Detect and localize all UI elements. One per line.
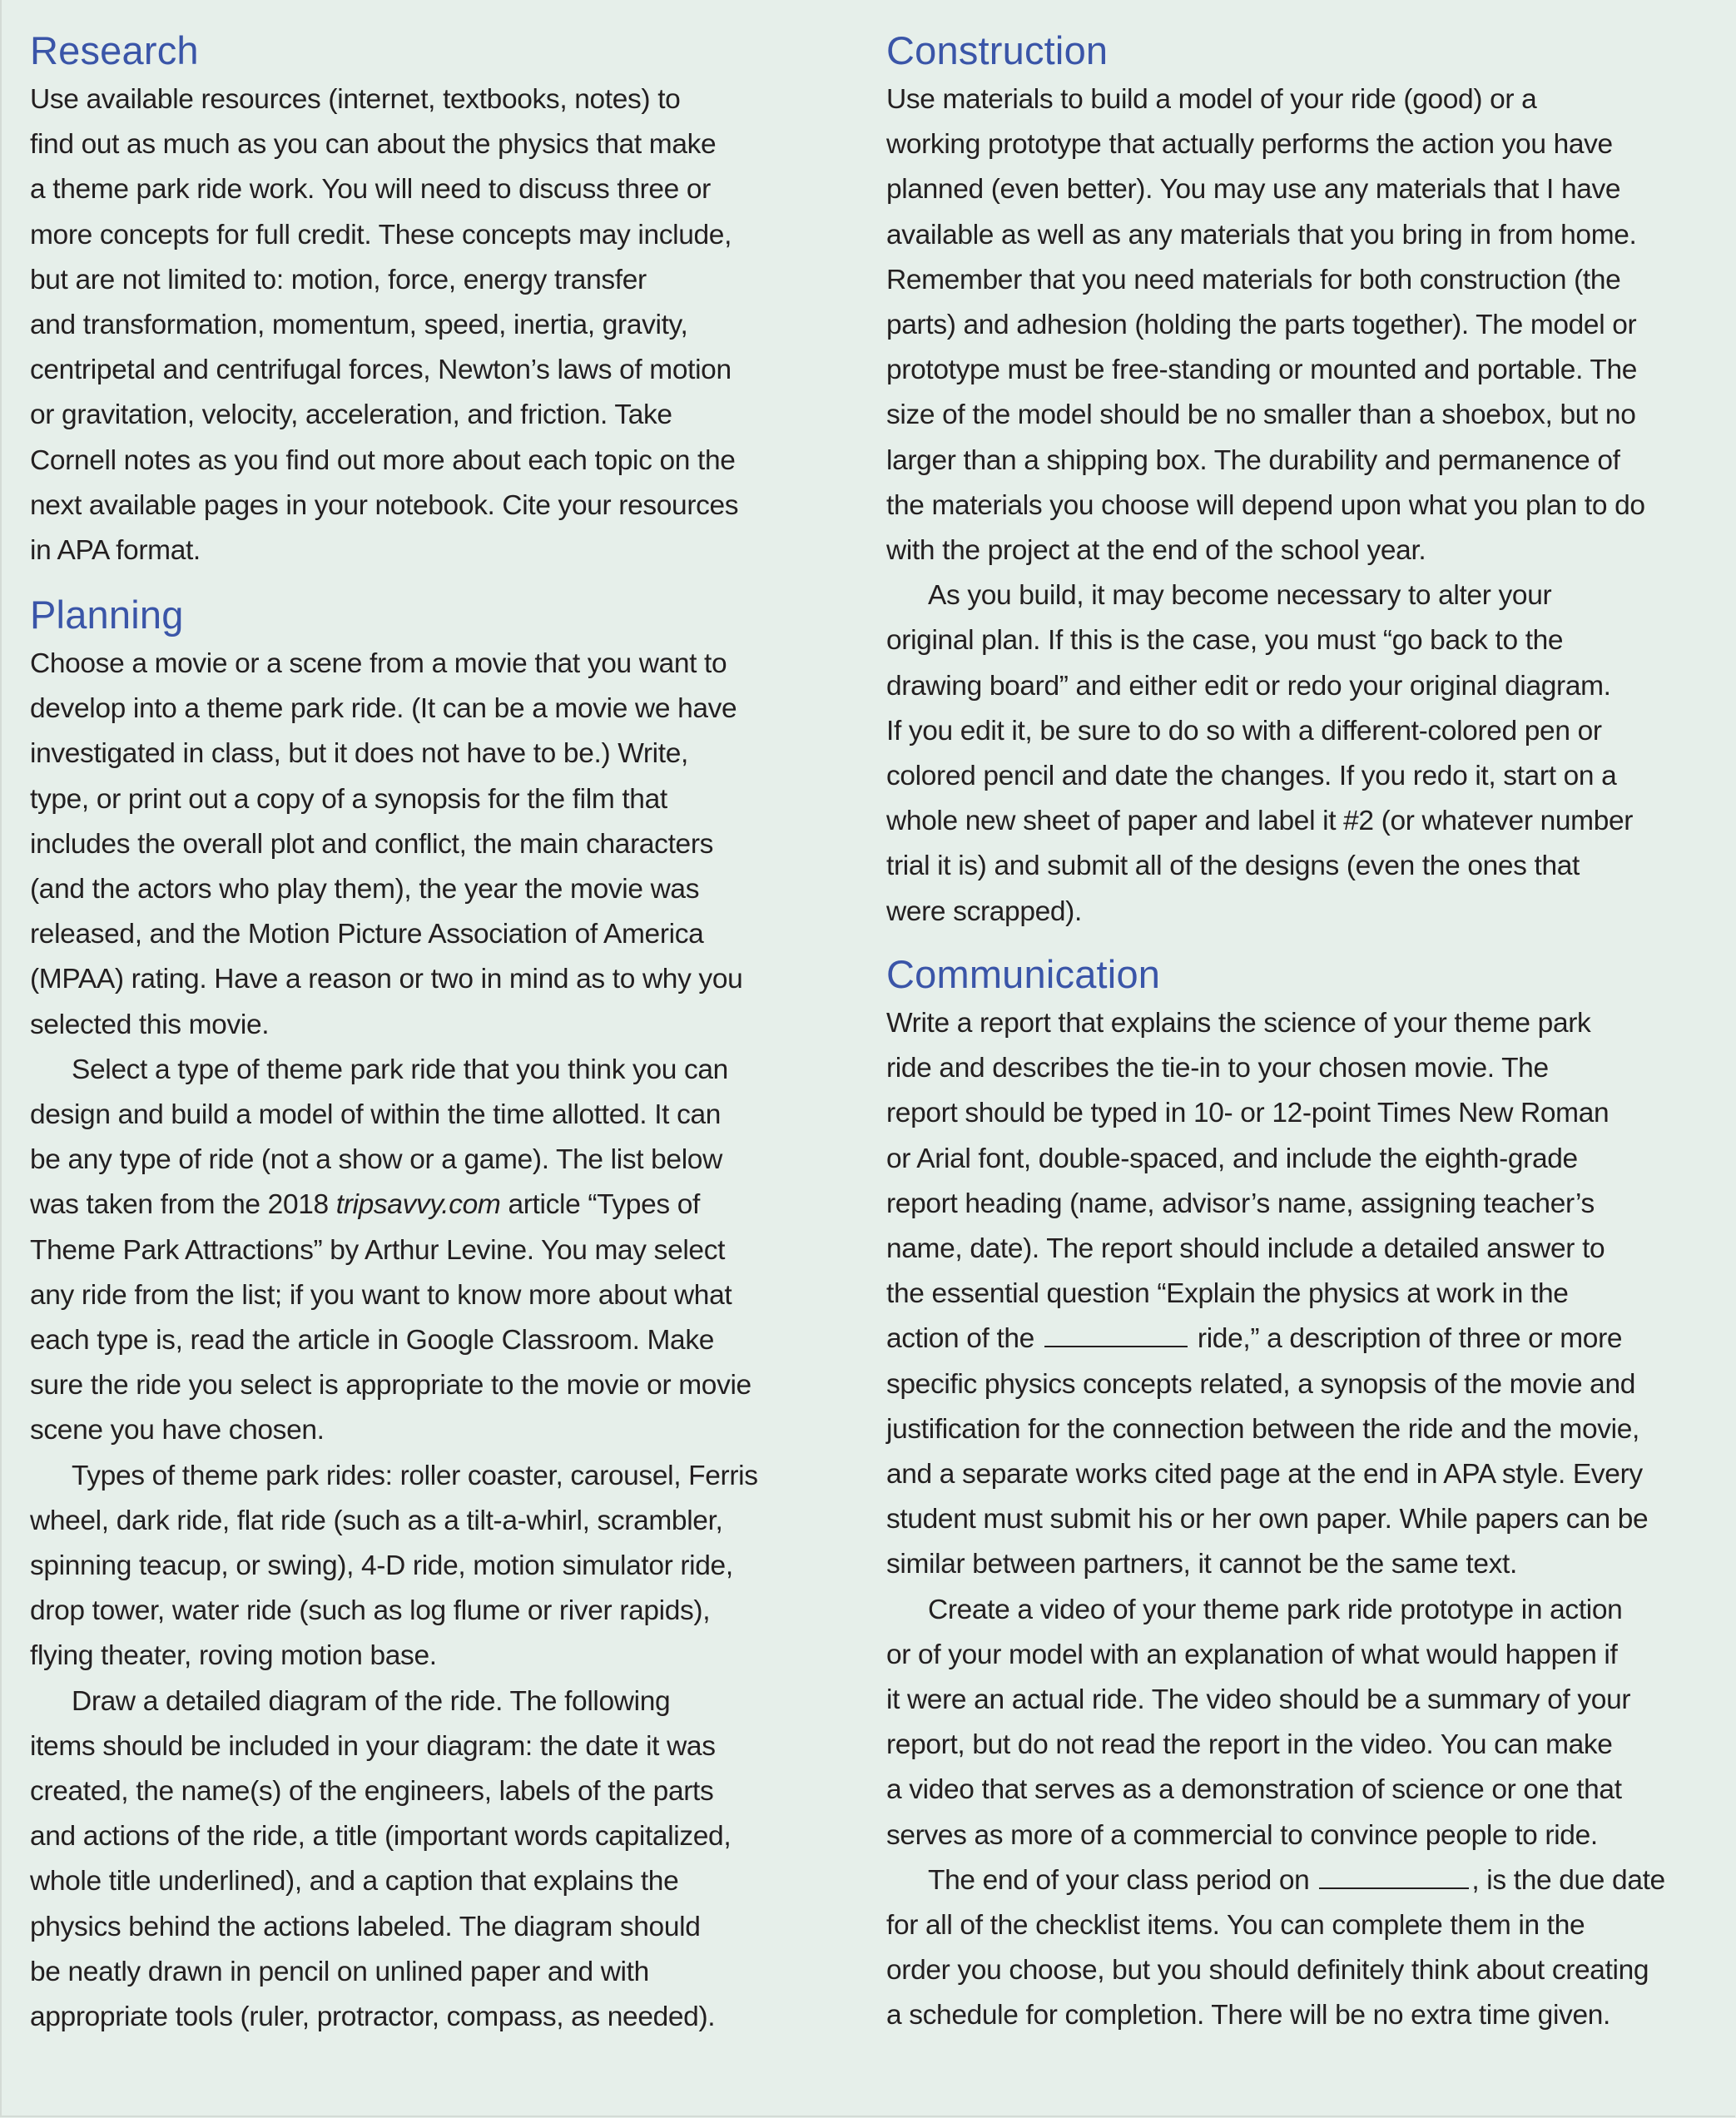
text-line: name, date). The report should include a… <box>886 1227 1605 1272</box>
text-line: prototype must be free-standing or mount… <box>886 348 1637 393</box>
text-line: drop tower, water ride (such as log flum… <box>30 1589 710 1634</box>
text-line: appropriate tools (ruler, protractor, co… <box>30 1995 715 2040</box>
text-line: whole title underlined), and a caption t… <box>30 1859 678 1904</box>
text-line: (MPAA) rating. Have a reason or two in m… <box>30 957 742 1002</box>
text-line: the essential question “Explain the phys… <box>886 1272 1569 1317</box>
text-line: or gravitation, velocity, acceleration, … <box>30 393 672 438</box>
text-line: develop into a theme park ride. (It can … <box>30 687 737 732</box>
communication-heading: Communication <box>886 950 1160 999</box>
text-line: student must submit his or her own paper… <box>886 1497 1648 1542</box>
text-fragment: ride,” a description of three or more <box>1190 1323 1622 1354</box>
text-line: selected this movie. <box>30 1003 269 1048</box>
text-line: serves as more of a commercial to convin… <box>886 1813 1598 1858</box>
research-heading: Research <box>30 27 199 75</box>
text-line: design and build a model of within the t… <box>30 1093 721 1138</box>
text-line: larger than a shipping box. The durabili… <box>886 439 1620 484</box>
text-line: created, the name(s) of the engineers, l… <box>30 1769 713 1814</box>
text-fragment: action of the <box>886 1323 1042 1354</box>
text-line: Write a report that explains the science… <box>886 1001 1590 1046</box>
ride-name-blank <box>1044 1322 1188 1347</box>
text-line: justification for the connection between… <box>886 1407 1639 1452</box>
text-line: a video that serves as a demonstration o… <box>886 1768 1622 1813</box>
text-line: type, or print out a copy of a synopsis … <box>30 777 667 822</box>
source-website: tripsavvy.com <box>336 1189 501 1220</box>
text-fragment: , is the due date <box>1471 1865 1664 1896</box>
text-line: Draw a detailed diagram of the ride. The… <box>72 1679 670 1724</box>
text-line: wheel, dark ride, flat ride (such as a t… <box>30 1499 723 1544</box>
text-line: If you edit it, be sure to do so with a … <box>886 709 1602 754</box>
due-date-blank <box>1319 1864 1469 1889</box>
text-line: and actions of the ride, a title (import… <box>30 1814 731 1859</box>
text-line: or Arial font, double-spaced, and includ… <box>886 1137 1578 1182</box>
text-line: similar between partners, it cannot be t… <box>886 1542 1517 1587</box>
text-line: spinning teacup, or swing), 4-D ride, mo… <box>30 1544 733 1589</box>
text-line: report should be typed in 10- or 12-poin… <box>886 1091 1609 1136</box>
text-line: each type is, read the article in Google… <box>30 1318 714 1363</box>
text-line: sure the ride you select is appropriate … <box>30 1363 751 1408</box>
text-line: physics behind the actions labeled. The … <box>30 1905 700 1950</box>
text-line: report heading (name, advisor’s name, as… <box>886 1182 1595 1227</box>
text-line: but are not limited to: motion, force, e… <box>30 258 647 303</box>
text-line: and a separate works cited page at the e… <box>886 1452 1643 1497</box>
construction-heading: Construction <box>886 27 1108 75</box>
text-line: Select a type of theme park ride that yo… <box>72 1048 728 1093</box>
text-line: planned (even better). You may use any m… <box>886 167 1620 212</box>
text-line: it were an actual ride. The video should… <box>886 1678 1630 1723</box>
text-line: any ride from the list; if you want to k… <box>30 1273 732 1318</box>
text-line: Cornell notes as you find out more about… <box>30 439 736 484</box>
text-line: working prototype that actually performs… <box>886 122 1613 167</box>
text-line: items should be included in your diagram… <box>30 1724 716 1769</box>
text-line: a schedule for completion. There will be… <box>886 1993 1610 2038</box>
text-line: report, but do not read the report in th… <box>886 1723 1613 1768</box>
text-line: (and the actors who play them), the year… <box>30 867 699 912</box>
text-line: with the project at the end of the schoo… <box>886 528 1426 573</box>
text-line: action of the ride,” a description of th… <box>886 1317 1622 1362</box>
text-line: be neatly drawn in pencil on unlined pap… <box>30 1950 649 1995</box>
text-line: whole new sheet of paper and label it #2… <box>886 799 1633 844</box>
text-line: and transformation, momentum, speed, ine… <box>30 303 687 348</box>
text-line: Theme Park Attractions” by Arthur Levine… <box>30 1228 725 1273</box>
text-line: As you build, it may become necessary to… <box>928 573 1551 618</box>
text-line: The end of your class period on , is the… <box>928 1858 1665 1903</box>
text-line: order you choose, but you should definit… <box>886 1948 1649 1993</box>
text-line: scene you have chosen. <box>30 1408 325 1453</box>
text-line: find out as much as you can about the ph… <box>30 122 716 167</box>
text-line: for all of the checklist items. You can … <box>886 1903 1585 1948</box>
text-line: colored pencil and date the changes. If … <box>886 754 1616 799</box>
text-line: was taken from the 2018 tripsavvy.com ar… <box>30 1183 700 1228</box>
text-line: trial it is) and submit all of the desig… <box>886 844 1580 889</box>
text-line: a theme park ride work. You will need to… <box>30 167 711 212</box>
text-fragment: was taken from the 2018 <box>30 1189 336 1220</box>
text-line: Choose a movie or a scene from a movie t… <box>30 642 727 687</box>
text-line: were scrapped). <box>886 890 1082 935</box>
text-line: be any type of ride (not a show or a gam… <box>30 1138 722 1183</box>
text-line: specific physics concepts related, a syn… <box>886 1362 1635 1407</box>
text-line: centripetal and centrifugal forces, Newt… <box>30 348 732 393</box>
text-line: the materials you choose will depend upo… <box>886 484 1645 528</box>
text-line: Create a video of your theme park ride p… <box>928 1588 1622 1633</box>
planning-heading: Planning <box>30 591 184 639</box>
text-line: drawing board” and either edit or redo y… <box>886 664 1611 709</box>
text-line: or of your model with an explanation of … <box>886 1633 1617 1678</box>
text-line: available as well as any materials that … <box>886 213 1637 258</box>
text-line: more concepts for full credit. These con… <box>30 213 732 258</box>
text-line: parts) and adhesion (holding the parts t… <box>886 303 1636 348</box>
text-line: Types of theme park rides: roller coaste… <box>72 1454 758 1499</box>
text-line: Use materials to build a model of your r… <box>886 77 1536 122</box>
text-line: Remember that you need materials for bot… <box>886 258 1620 303</box>
text-line: ride and describes the tie-in to your ch… <box>886 1046 1549 1091</box>
text-line: includes the overall plot and conflict, … <box>30 822 713 867</box>
text-line: original plan. If this is the case, you … <box>886 618 1563 663</box>
text-line: next available pages in your notebook. C… <box>30 484 738 528</box>
text-line: Use available resources (internet, textb… <box>30 77 680 122</box>
text-line: flying theater, roving motion base. <box>30 1634 437 1679</box>
text-line: investigated in class, but it does not h… <box>30 732 688 776</box>
text-line: size of the model should be no smaller t… <box>886 393 1636 438</box>
text-line: in APA format. <box>30 528 201 573</box>
text-fragment: The end of your class period on <box>928 1865 1317 1896</box>
text-line: released, and the Motion Picture Associa… <box>30 912 703 957</box>
text-fragment: article “Types of <box>501 1189 700 1220</box>
